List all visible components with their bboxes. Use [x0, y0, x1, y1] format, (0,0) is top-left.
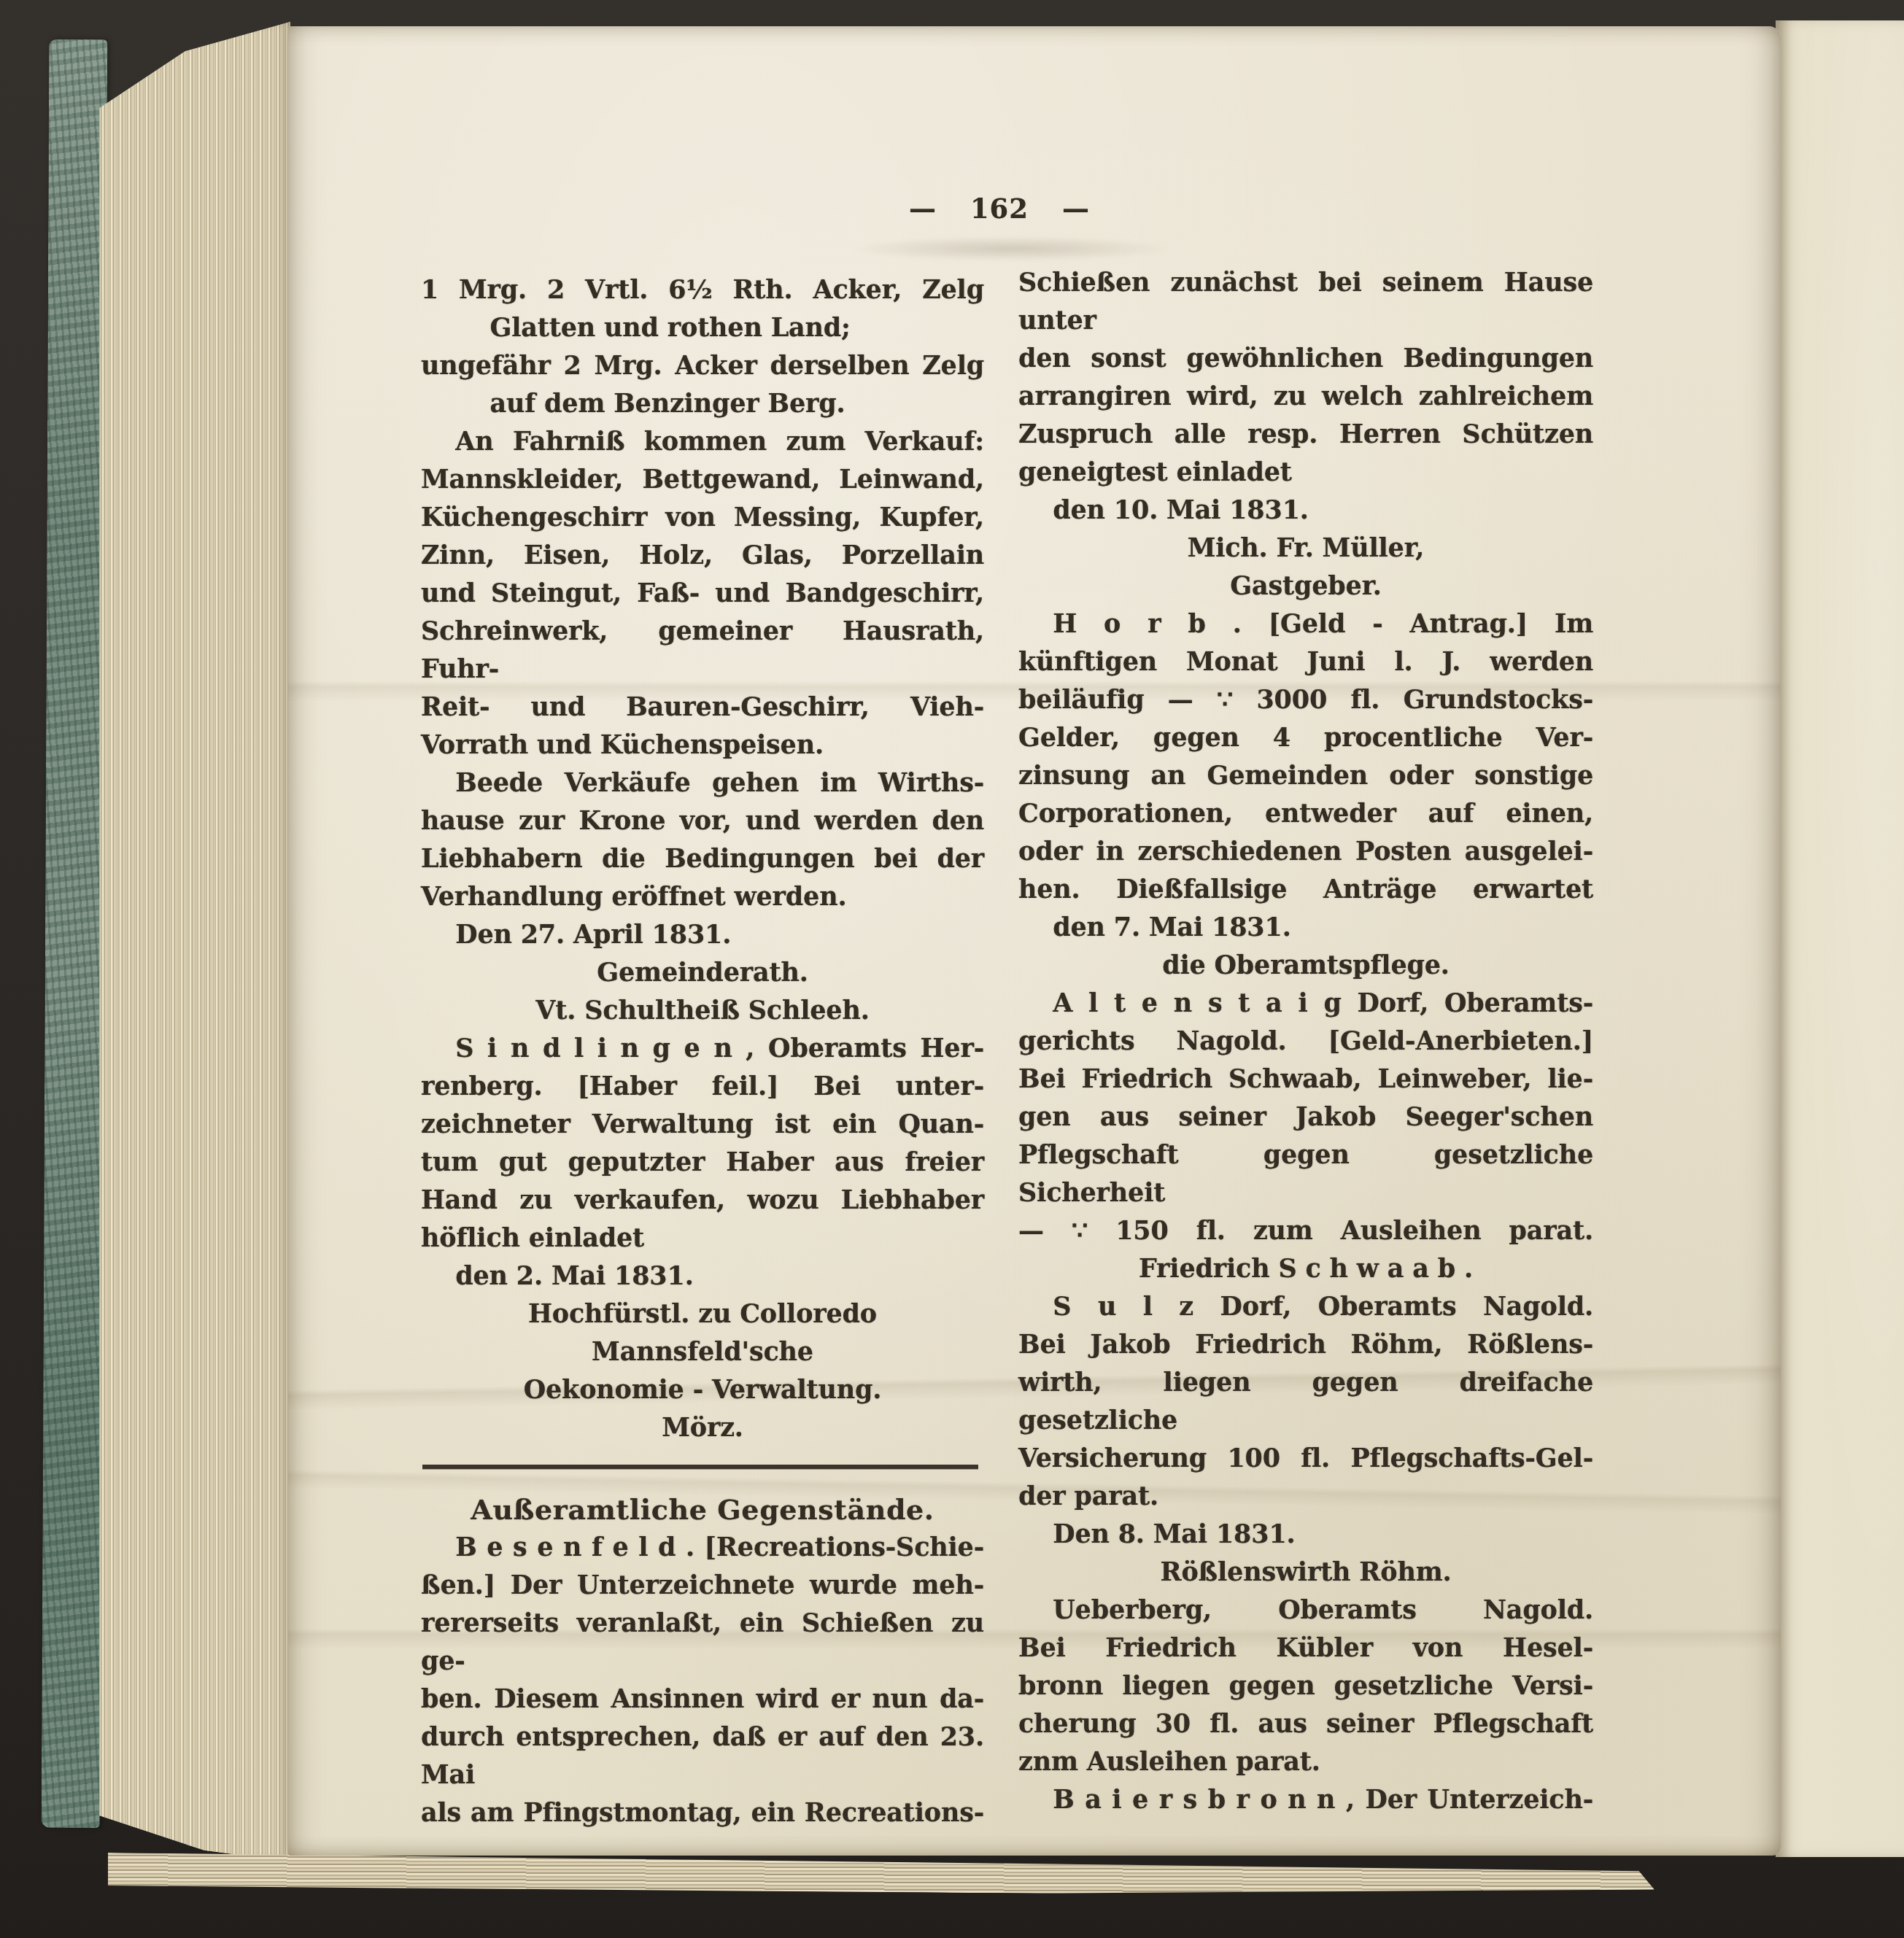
text-line: Zinn, Eisen, Holz, Glas, Porzellain	[421, 537, 984, 575]
text-line: gen aus seiner Jakob Seeger'schen	[1018, 1098, 1593, 1136]
text-line: 1 Mrg. 2 Vrtl. 6½ Rth. Acker, Zelg	[421, 271, 984, 309]
text-line: Oekonomie - Verwaltung.	[421, 1371, 984, 1409]
section-divider	[422, 1465, 978, 1469]
page-edge-stack-bottom	[108, 1853, 1655, 1897]
text-line: den 7. Mai 1831.	[1018, 909, 1593, 947]
text-line: cherung 30 fl. aus seiner Pflegschaft	[1018, 1705, 1593, 1743]
page-number-dash-left: —	[909, 193, 937, 225]
text-line: B a i e r s b r o n n , Der Unterzeich-	[1018, 1781, 1593, 1819]
text-line: höflich einladet	[421, 1220, 984, 1257]
text-line: Verhandlung eröffnet werden.	[421, 878, 984, 916]
left-text-column: 1 Mrg. 2 Vrtl. 6½ Rth. Acker, ZelgGlatte…	[421, 271, 984, 1832]
text-line: tum gut geputzter Haber aus freier	[421, 1144, 984, 1182]
text-line: oder in zerschiedenen Posten ausgelei-	[1018, 833, 1593, 871]
text-line: Reit- und Bauren-Geschirr, Vieh-	[421, 689, 984, 726]
text-line: ßen.] Der Unterzeichnete wurde meh-	[421, 1567, 984, 1605]
text-line: Vt. Schultheiß Schleeh.	[421, 992, 984, 1030]
page-number: 162	[970, 193, 1029, 225]
text-line: den 10. Mai 1831.	[1018, 492, 1593, 530]
text-line: S u l z Dorf, Oberamts Nagold.	[1018, 1288, 1593, 1326]
text-line: als am Pfingstmontag, ein Recreations-	[421, 1794, 984, 1832]
text-line: künftigen Monat Juni l. J. werden	[1018, 643, 1593, 681]
text-line: rererseits veranlaßt, ein Schießen zu ge…	[421, 1605, 984, 1681]
text-line: Küchengeschirr von Messing, Kupfer,	[421, 499, 984, 537]
text-line: zinsung an Gemeinden oder sonstige	[1018, 757, 1593, 795]
text-line: und Steingut, Faß- und Bandgeschirr,	[421, 575, 984, 613]
text-line: Mannskleider, Bettgewand, Leinwand,	[421, 461, 984, 499]
text-line: zeichneter Verwaltung ist ein Quan-	[421, 1106, 984, 1144]
text-line: S i n d l i n g e n , Oberamts Her-	[421, 1030, 984, 1068]
text-line: Bei Jakob Friedrich Röhm, Rößlens-	[1018, 1326, 1593, 1364]
text-line: arrangiren wird, zu welch zahlreichem	[1018, 378, 1593, 416]
text-line: Bei Friedrich Kübler von Hesel-	[1018, 1629, 1593, 1667]
ink-show-through	[850, 236, 1171, 261]
text-line: Beede Verkäufe gehen im Wirths-	[421, 764, 984, 802]
text-line: gerichts Nagold. [Geld-Anerbieten.]	[1018, 1023, 1593, 1061]
text-line: Glatten und rothen Land;	[421, 309, 984, 347]
book-photo-scene: —162— 1 Mrg. 2 Vrtl. 6½ Rth. Acker, Zelg…	[0, 0, 1904, 1938]
text-line: Schreinwerk, gemeiner Hausrath, Fuhr-	[421, 613, 984, 689]
text-line: Hand zu verkaufen, wozu Liebhaber	[421, 1182, 984, 1220]
text-line: hause zur Krone vor, und werden den	[421, 802, 984, 840]
next-page-edge	[1776, 20, 1904, 1857]
text-line: Schießen zunächst bei seinem Hause unter	[1018, 264, 1593, 340]
text-line: Mich. Fr. Müller,	[1018, 530, 1593, 567]
text-line: B e s e n f e l d . [Recreations-Schie-	[421, 1529, 984, 1567]
text-line: ungefähr 2 Mrg. Acker derselben Zelg	[421, 347, 984, 385]
text-line: Liebhabern die Bedingungen bei der	[421, 840, 984, 878]
text-line: Corporationen, entweder auf einen,	[1018, 795, 1593, 833]
page-number-header: —162—	[248, 193, 1751, 225]
text-line: wirth, liegen gegen dreifache gesetzlich…	[1018, 1364, 1593, 1440]
page-number-dash-right: —	[1062, 193, 1090, 225]
right-text-column: Schießen zunächst bei seinem Hause unter…	[1018, 264, 1593, 1819]
text-line: Gastgeber.	[1018, 567, 1593, 605]
text-line: der parat.	[1018, 1478, 1593, 1516]
text-line: durch entsprechen, daß er auf den 23. Ma…	[421, 1718, 984, 1794]
text-line: Ueberberg, Oberamts Nagold.	[1018, 1592, 1593, 1629]
book-page: —162— 1 Mrg. 2 Vrtl. 6½ Rth. Acker, Zelg…	[288, 26, 1781, 1856]
text-line: renberg. [Haber feil.] Bei unter-	[421, 1068, 984, 1106]
text-line: beiläufig — ∵ 3000 fl. Grundstocks-	[1018, 681, 1593, 719]
text-line: den sonst gewöhnlichen Bedingungen	[1018, 340, 1593, 378]
text-line: Rößlenswirth Röhm.	[1018, 1554, 1593, 1592]
text-line: Zuspruch alle resp. Herren Schützen	[1018, 416, 1593, 454]
text-line: ben. Diesem Ansinnen wird er nun da-	[421, 1681, 984, 1718]
text-line: — ∵ 150 fl. zum Ausleihen parat.	[1018, 1212, 1593, 1250]
book-cover-edge	[42, 39, 108, 1828]
page-edge-stack-left	[99, 22, 290, 1861]
text-line: den 2. Mai 1831.	[421, 1257, 984, 1295]
text-line: Hochfürstl. zu Colloredo	[421, 1295, 984, 1333]
text-line: A l t e n s t a i g Dorf, Oberamts-	[1018, 985, 1593, 1023]
text-line: Pflegschaft gegen gesetzliche Sicherheit	[1018, 1136, 1593, 1212]
text-line: hen. Dießfallsige Anträge erwartet	[1018, 871, 1593, 909]
text-line: Mannsfeld'sche	[421, 1333, 984, 1371]
text-line: Mörz.	[421, 1409, 984, 1447]
text-line: Bei Friedrich Schwaab, Leinweber, lie-	[1018, 1061, 1593, 1098]
text-line: Gelder, gegen 4 procentliche Ver-	[1018, 719, 1593, 757]
text-line: Vorrath und Küchenspeisen.	[421, 726, 984, 764]
text-line: znm Ausleihen parat.	[1018, 1743, 1593, 1781]
text-line: Außeramtliche Gegenstände.	[421, 1491, 984, 1529]
text-line: auf dem Benzinger Berg.	[421, 385, 984, 423]
text-line: die Oberamtspflege.	[1018, 947, 1593, 985]
text-line: An Fahrniß kommen zum Verkauf:	[421, 423, 984, 461]
text-line: Den 27. April 1831.	[421, 916, 984, 954]
text-line: Versicherung 100 fl. Pflegschafts-Gel-	[1018, 1440, 1593, 1478]
text-line: Gemeinderath.	[421, 954, 984, 992]
text-line: geneigtest einladet	[1018, 454, 1593, 492]
text-line: H o r b . [Geld - Antrag.] Im	[1018, 605, 1593, 643]
text-line: bronn liegen gegen gesetzliche Versi-	[1018, 1667, 1593, 1705]
text-line: Den 8. Mai 1831.	[1018, 1516, 1593, 1554]
text-line: Friedrich S c h w a a b .	[1018, 1250, 1593, 1288]
